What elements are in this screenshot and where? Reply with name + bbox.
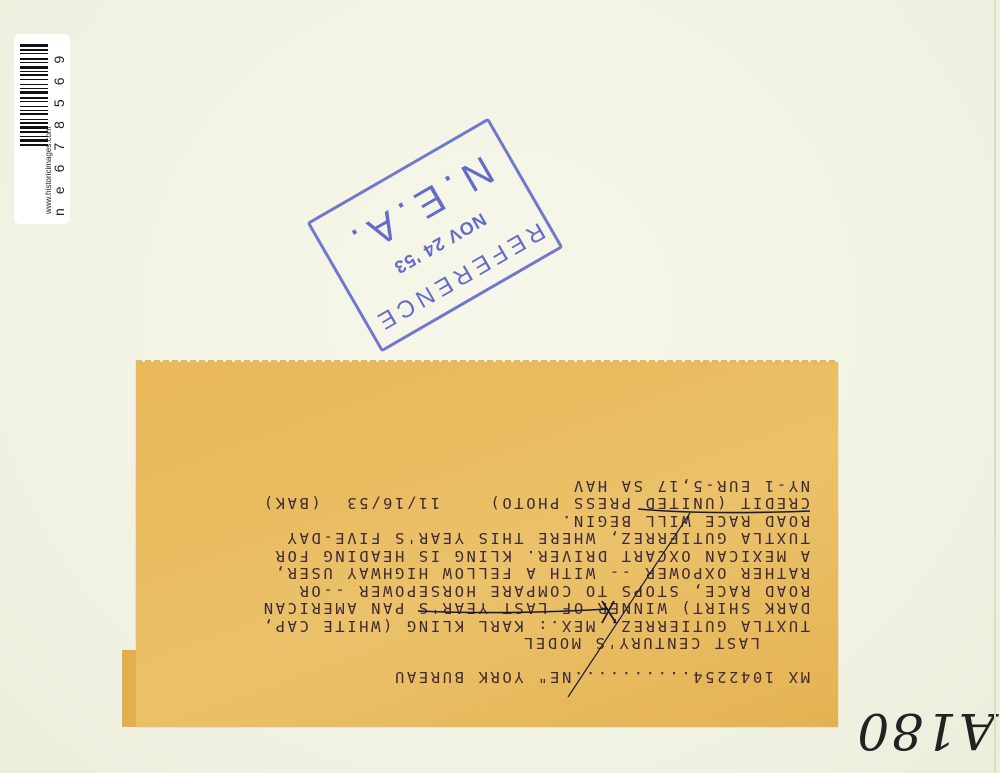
caption-line: ROAD RACE, STOPS TO COMPARE HORSEPOWER -… — [146, 582, 810, 600]
caption-line: ROAD RACE WILL BEGIN. — [146, 512, 810, 530]
caption-slip: MX 1042254..........NE" YORK BUREAULAST … — [136, 362, 838, 727]
caption-line: NY-1 EUR-5,17 SA HAV — [146, 477, 810, 495]
caption-line: A MEXICAN OXCART DRIVER. KLING IS HEADIN… — [146, 547, 810, 565]
caption-header-line: MX 1042254..........NE" YORK BUREAU — [146, 668, 810, 686]
caption-line: LAST CENTURY'S MODEL — [146, 634, 810, 652]
caption-line: CREDIT (UNITED PRESS PHOTO) 11/16/53 (BA… — [146, 494, 810, 512]
caption-line: TUXTLA GUTIERREZ, MEX.: KARL KLING (WHIT… — [146, 617, 810, 635]
barcode-digits: ne678569 — [51, 44, 65, 216]
caption-text-block: MX 1042254..........NE" YORK BUREAULAST … — [136, 362, 838, 727]
barcode-label: www.historicimages.com ne678569 — [14, 34, 70, 224]
caption-line: TUXTLA GUTIERREZ, WHERE THIS YEAR'S FIVE… — [146, 529, 810, 547]
caption-line: DARK SHIRT) WINNER OF LAST YEAR'S PAN AM… — [146, 599, 810, 617]
caption-lines: MX 1042254..........NE" YORK BUREAULAST … — [146, 477, 810, 686]
photo-back-sheet: www.historicimages.com ne678569 REFERENC… — [0, 0, 1000, 773]
caption-line: RATHER OXPOWER -- WITH A FELLOW HIGHWAY … — [146, 564, 810, 582]
reference-stamp: REFERENCE NOV 24 '53 N.E.A. — [307, 118, 564, 353]
handwritten-number: A180 — [885, 690, 995, 760]
